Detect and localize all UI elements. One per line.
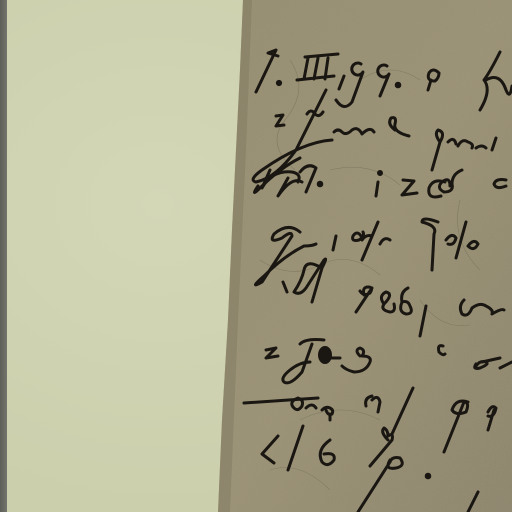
manuscript-paper xyxy=(0,0,512,512)
manuscript-fragment: 7. III. 99. · Sh z ~ Jan & apri AEK. ; z… xyxy=(0,0,512,512)
